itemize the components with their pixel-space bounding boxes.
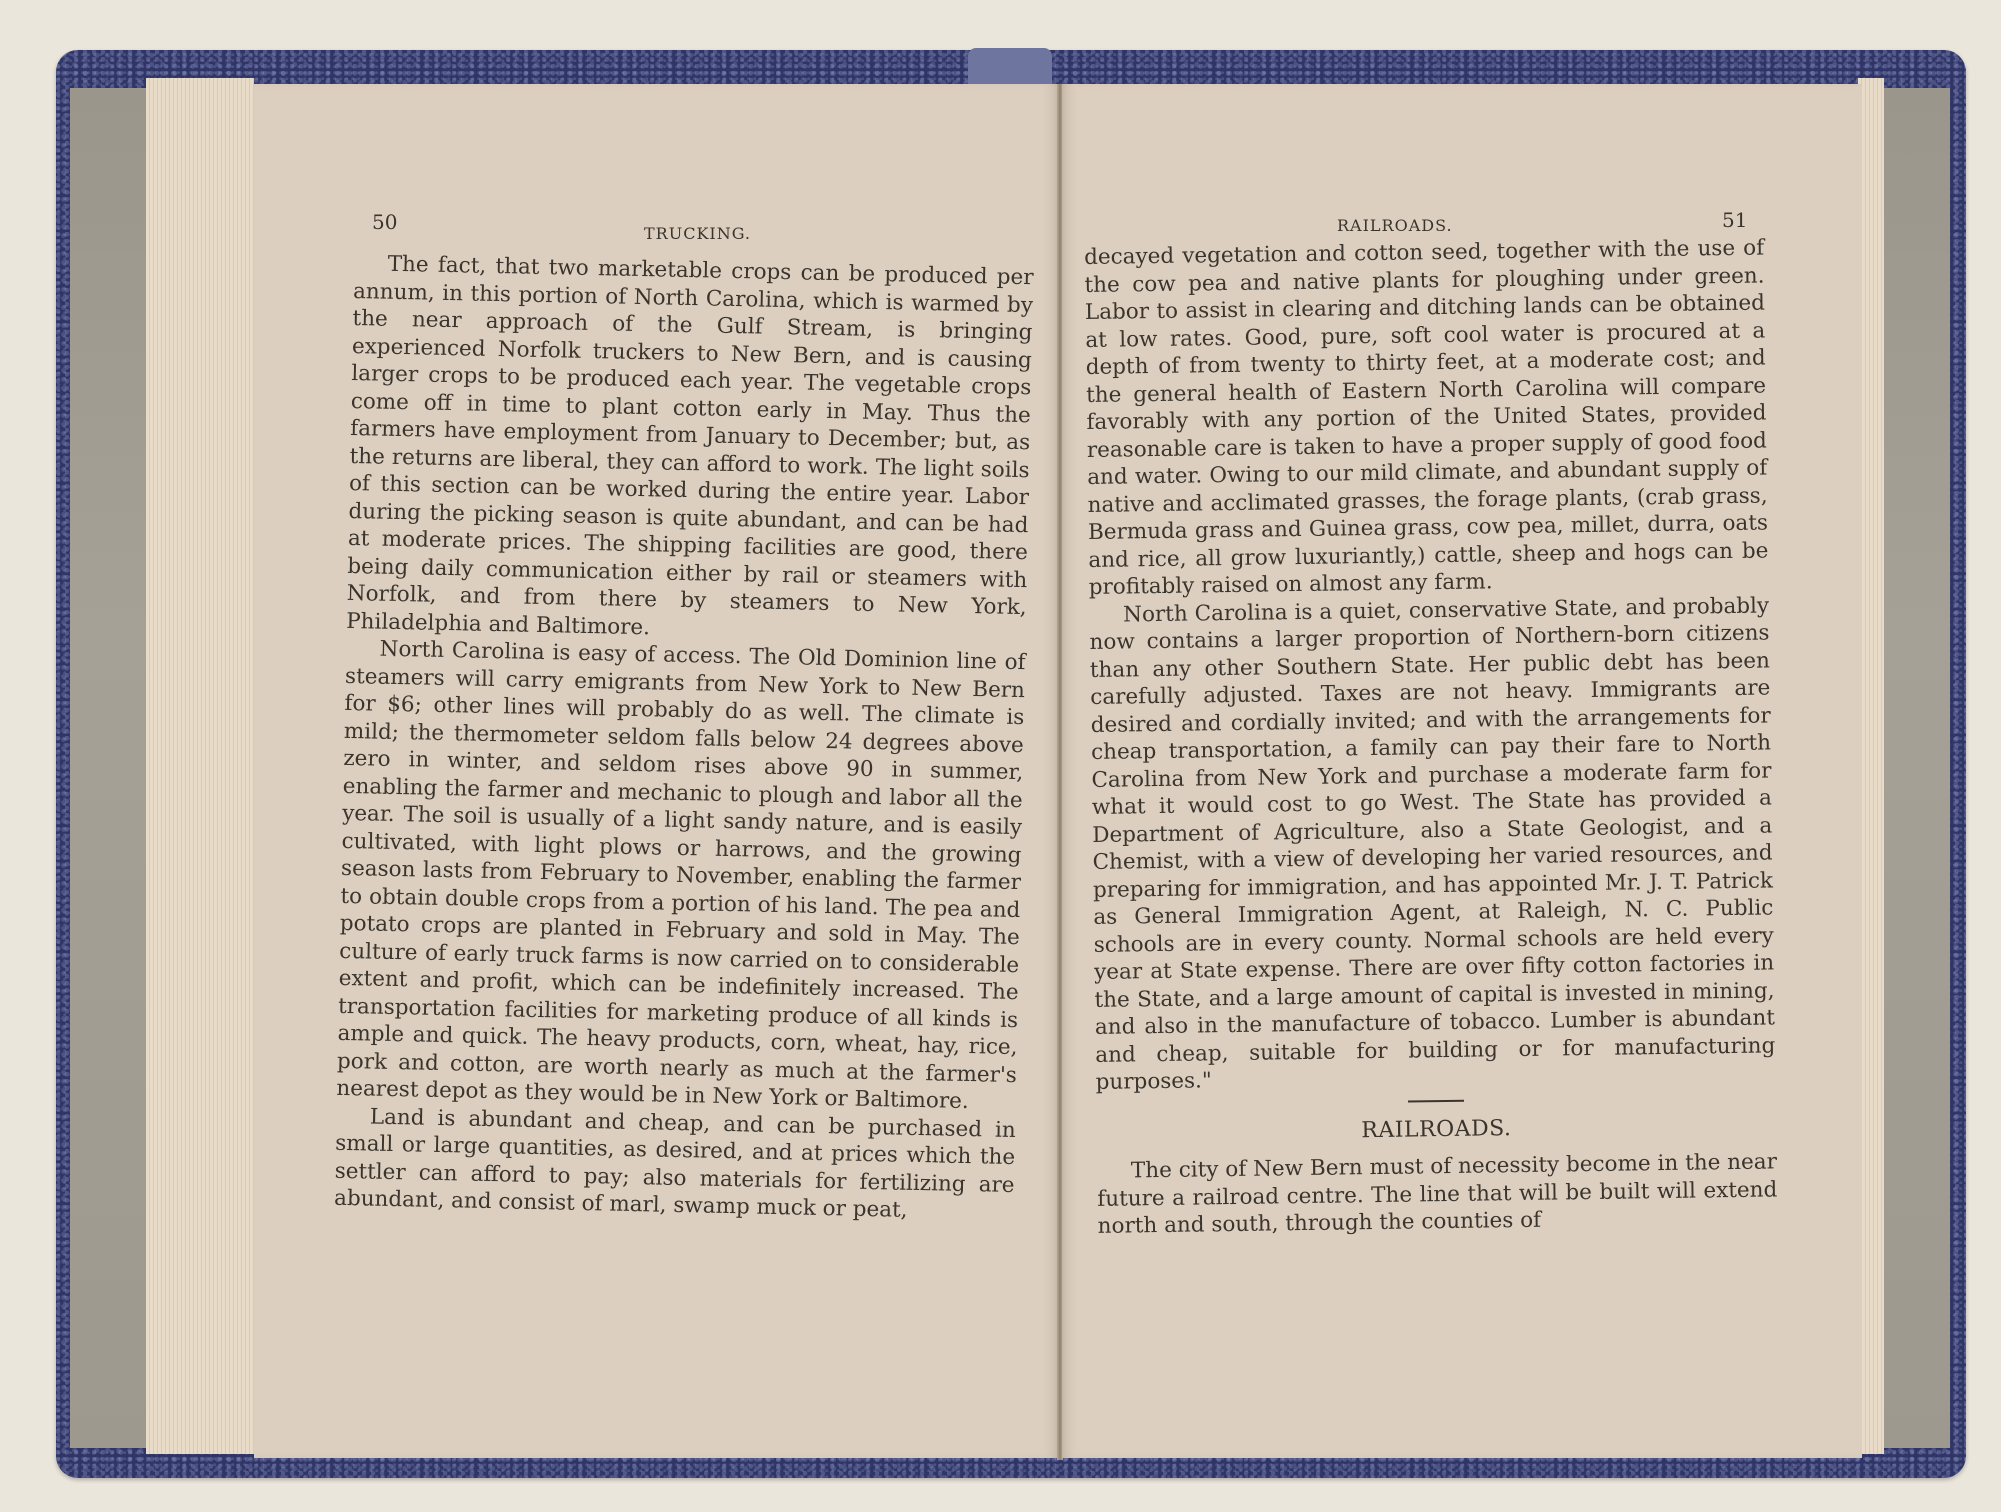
left-page-edges — [146, 78, 254, 1454]
left-page: 50 TRUCKING. The fact, that two marketab… — [254, 84, 1058, 1458]
page-number: 51 — [1722, 208, 1747, 232]
paragraph: North Carolina is a quiet, conservative … — [1089, 592, 1776, 1096]
spine-headcap — [968, 48, 1052, 86]
paragraph: decayed vegetation and cotton seed, toge… — [1084, 235, 1769, 602]
section-divider — [1408, 1099, 1464, 1102]
paragraph: Land is abundant and cheap, and can be p… — [334, 1102, 1016, 1226]
page-number: 50 — [372, 210, 397, 234]
paragraph: The city of New Bern must of necessity b… — [1097, 1148, 1778, 1240]
paragraph: The fact, that two marketable crops can … — [346, 250, 1034, 649]
paragraph: North Carolina is easy of access. The Ol… — [336, 635, 1026, 1117]
left-endpaper — [70, 88, 150, 1448]
running-head: TRUCKING. — [644, 224, 751, 243]
body-text: decayed vegetation and cotton seed, toge… — [1084, 235, 1778, 1241]
body-text: The fact, that two marketable crops can … — [334, 250, 1034, 1227]
running-head: RAILROADS. — [1337, 216, 1453, 235]
section-heading: RAILROADS. — [1096, 1111, 1776, 1148]
right-page: RAILROADS. 51 decayed vegetation and cot… — [1062, 84, 1862, 1458]
right-endpaper — [1880, 88, 1950, 1448]
